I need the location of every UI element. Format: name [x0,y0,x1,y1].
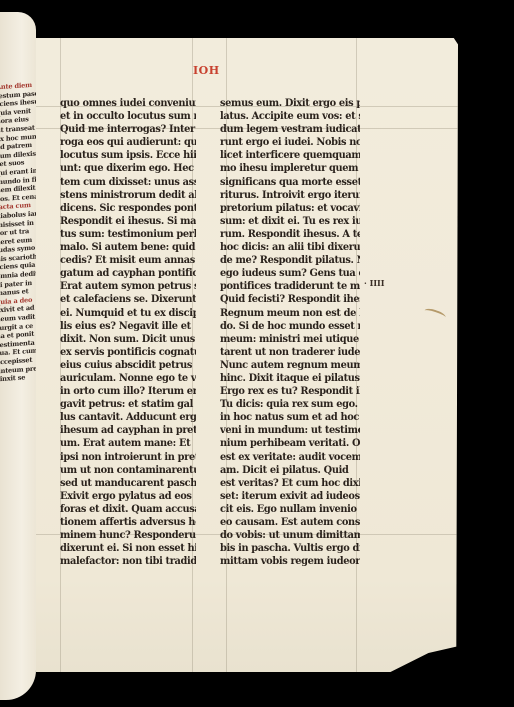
left-page-text: Ante diemfestum paschesciens ihesusquia … [0,81,36,385]
text-line: malo. Si autem bene: quid me [60,241,196,254]
text-line: minem hunc? Responderunt et [60,529,196,542]
text-column-right: semus eum. Dixit ergo eis pilatus. Accip… [220,97,360,568]
text-line: et in occulto locutus sum nichil. [60,110,196,123]
text-line: mittam vobis regem iudeorum? [220,555,360,568]
text-line: sum: et dixit ei. Tu es rex iudeo [220,215,360,228]
text-line: dixit. Non sum. Dicit unus [60,333,196,346]
text-line: Exivit ergo pylatus ad eos [60,490,196,503]
text-line: Quid fecisti? Respondit ihesus. [220,293,360,306]
text-line: latus. Accipite eum vos: et secun [220,110,360,123]
text-line: locutus sum ipsis. Ecce hii sci [60,149,196,162]
text-line: lis eius es? Negavit ille et [60,320,196,333]
text-line: quo omnes iudei conveniunt: [60,97,196,110]
text-line: hoc dicis: an alii tibi dixerunt [220,241,360,254]
text-line: nium perhibeam veritati. Omnis qui [220,437,360,450]
text-line: Quid me interrogas? Inter [60,123,196,136]
text-line: roga eos qui audierunt: quid [60,136,196,149]
text-line: lus cantavit. Adducunt ergo [60,411,196,424]
text-line: ei. Numquid et tu ex discipu [60,307,196,320]
text-line: gatum ad cayphan pontificem. [60,267,196,280]
text-line: gavit petrus: et statim gal [60,398,196,411]
text-line: cit eis. Ego nullam invenio in [220,503,360,516]
text-line: dum legem vestram iudicate eum. Dixe [220,123,360,136]
text-line: et calefaciens se. Dixerunt ergo [60,293,196,306]
facing-left-page: Ante diemfestum paschesciens ihesusquia … [0,12,36,700]
text-line: Nunc autem regnum meum non est [220,359,360,372]
text-line: do vobis: ut unum dimittam vo [220,529,360,542]
text-line: tus sum: testimonium perhibe de [60,228,196,241]
text-line: significans qua morte esset mo [220,176,360,189]
text-line: am. Dicit ei pilatus. Quid [220,464,360,477]
text-line: stens ministrorum dedit alapam ihesu [60,189,196,202]
text-line: Erat autem symon petrus stans [60,280,196,293]
text-line: foras et dixit. Quam accusa [60,503,196,516]
text-line: rum. Respondit ihesus. A temetipso [220,228,360,241]
text-line: riturus. Introivit ergo iterum in [220,189,360,202]
text-line: cedis? Et misit eum annas li [60,254,196,267]
text-line: tionem affertis adversus ho [60,516,196,529]
text-line: malefactor: non tibi tradidis [60,555,196,568]
text-line: Tu dicis: quia rex sum ego. Ego [220,398,360,411]
text-line: Regnum meum non est de hoc mun [220,307,360,320]
text-line: bis in pascha. Vultis ergo di [220,542,360,555]
text-line: tem cum dixisset: unus assi [60,176,196,189]
parchment-stain [423,307,446,321]
text-line: mo ihesu impleretur quem dixit: [220,162,360,175]
text-line: meum: ministri mei utique decer [220,333,360,346]
text-column-left: quo omnes iudei conveniunt:et in occulto… [60,97,196,568]
text-line: eo causam. Est autem consuetu [220,516,360,529]
text-line: cinxit se [0,373,36,384]
text-line: runt ergo ei iudei. Nobis non [220,136,360,149]
text-line: dixerunt ei. Si non esset hic [60,542,196,555]
text-line: Respondit ei ihesus. Si male locu [60,215,196,228]
text-line: do. Si de hoc mundo esset regnum [220,320,360,333]
text-line: um ut non contaminarentur: [60,464,196,477]
text-line: in hoc natus sum et ad hoc [220,411,360,424]
text-line: pretorium pilatus: et vocavit ihe [220,202,360,215]
text-line: est ex veritate: audit vocem me [220,451,360,464]
text-line: ipsi non introierunt in pretori [60,451,196,464]
text-line: veni in mundum: ut testimo [220,424,360,437]
text-line: hinc. Dixit itaque ei pilatus. [220,372,360,385]
text-line: licet interficere quemquam. Ut ser [220,149,360,162]
text-line: tarent ut non traderer iudeis. [220,346,360,359]
text-line: sed ut manducarent pascha. [60,477,196,490]
text-line: eius cuius abscidit petrus [60,359,196,372]
text-line: dicens. Sic respondes pontifici? [60,202,196,215]
text-line: unt: que dixerim ego. Hec au [60,162,196,175]
text-line: um. Erat autem mane: Et [60,437,196,450]
text-line: in orto cum illo? Iterum ergo ne [60,385,196,398]
text-line: Ergo rex es tu? Respondit ihesus. [220,385,360,398]
text-line: set: iterum exivit ad iudeos: et di [220,490,360,503]
text-line: ex servis pontificis cognatus [60,346,196,359]
text-line: ihesum ad cayphan in pretori [60,424,196,437]
text-line: pontifices tradiderunt te michi. [220,280,360,293]
text-line: ego iudeus sum? Gens tua et [220,267,360,280]
running-head: IOH [193,64,220,77]
margin-note: · IIII [364,278,385,288]
text-line: auriculam. Nonne ego te vidi [60,372,196,385]
text-line: est veritas? Et cum hoc dixis [220,477,360,490]
text-line: semus eum. Dixit ergo eis pi [220,97,360,110]
text-line: de me? Respondit pilatus. Numquid [220,254,360,267]
